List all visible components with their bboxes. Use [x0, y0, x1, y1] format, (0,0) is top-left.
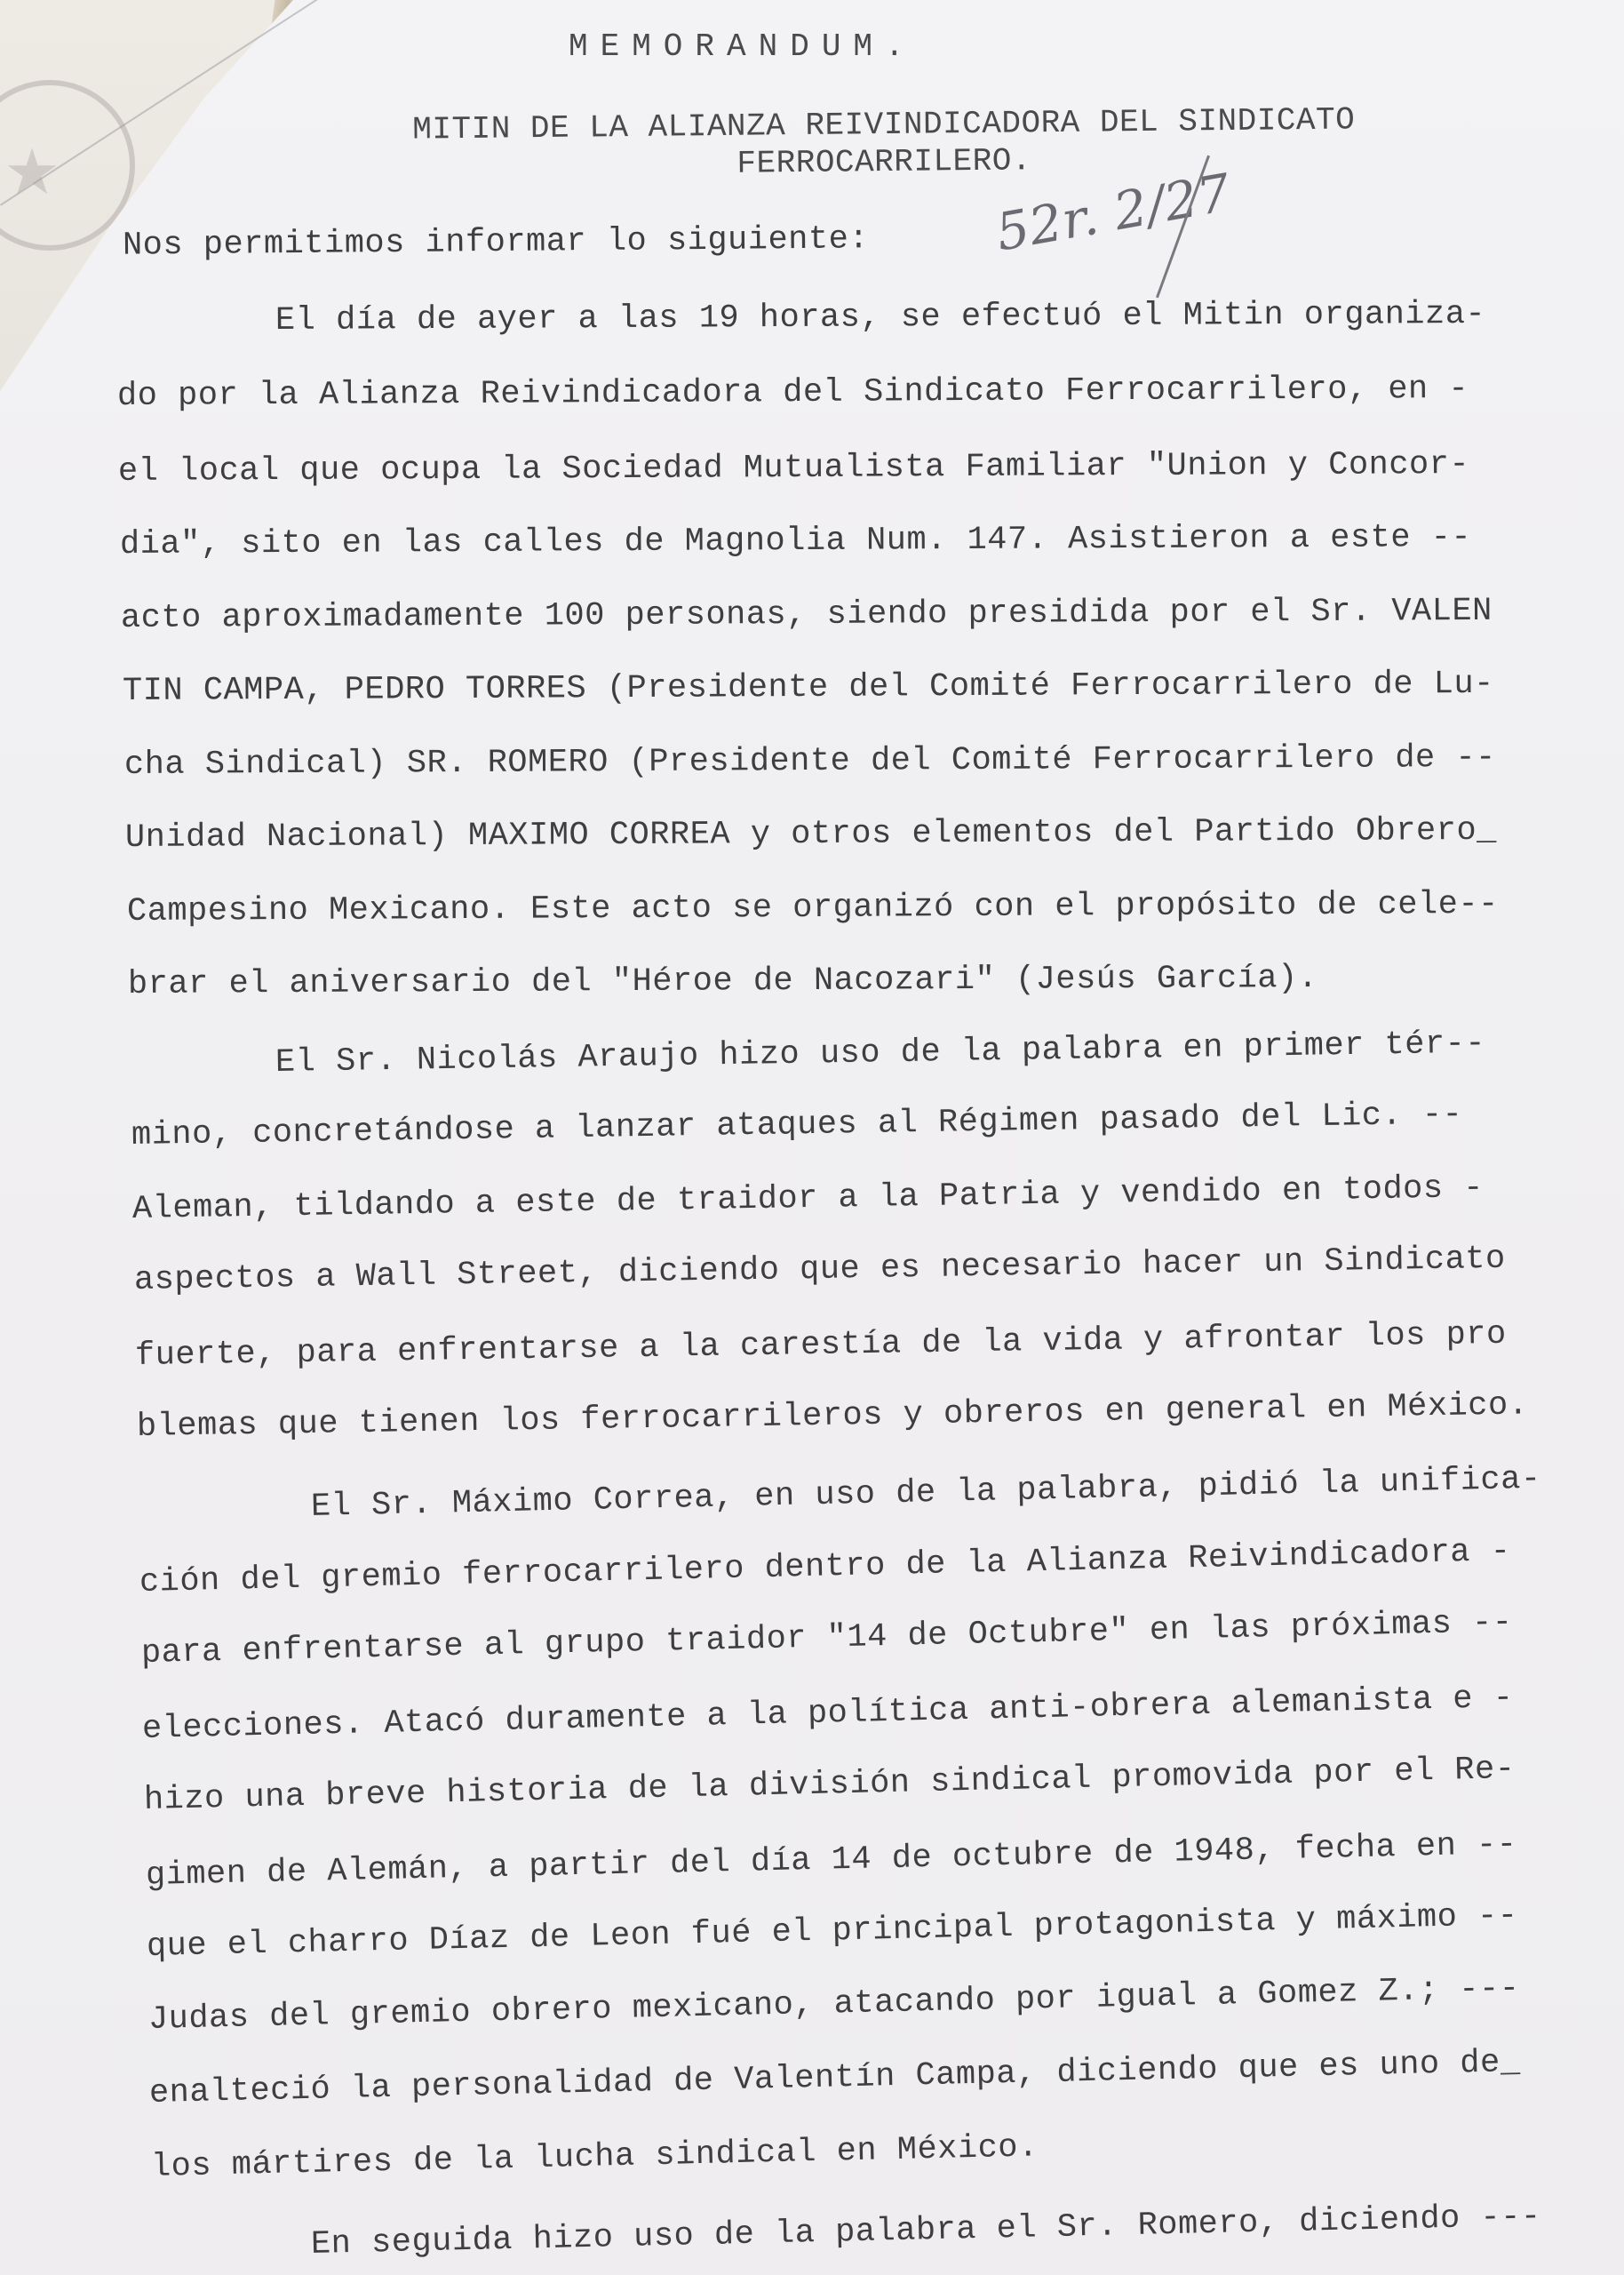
body-line: dia", sito en las calles de Magnolia Num…	[120, 519, 1471, 563]
intro-line: Nos permitimos informar lo siguiente:	[123, 220, 869, 264]
body-line: brar el aniversario del "Héroe de Nacoza…	[128, 960, 1318, 1003]
body-line: Unidad Nacional) MAXIMO CORREA y otros e…	[125, 812, 1497, 857]
body-line: acto aproximadamente 100 personas, siend…	[121, 593, 1493, 637]
body-line: TIN CAMPA, PEDRO TORRES (Presidente del …	[123, 666, 1494, 710]
body-line: el local que ocupa la Sociedad Mutualist…	[118, 446, 1469, 491]
document-title: MEMORANDUM.	[569, 28, 917, 65]
document-subtitle: MITIN DE LA ALIANZA REIVINDICADORA DEL S…	[324, 100, 1445, 187]
body-line: Campesino Mexicano. Este acto se organiz…	[127, 886, 1499, 930]
body-line: do por la Alianza Reivindicadora del Sin…	[116, 371, 1468, 415]
body-line: El día de ayer a las 19 horas, se efectu…	[275, 296, 1485, 339]
body-line: cha Sindical) SR. ROMERO (Presidente del…	[123, 739, 1495, 784]
